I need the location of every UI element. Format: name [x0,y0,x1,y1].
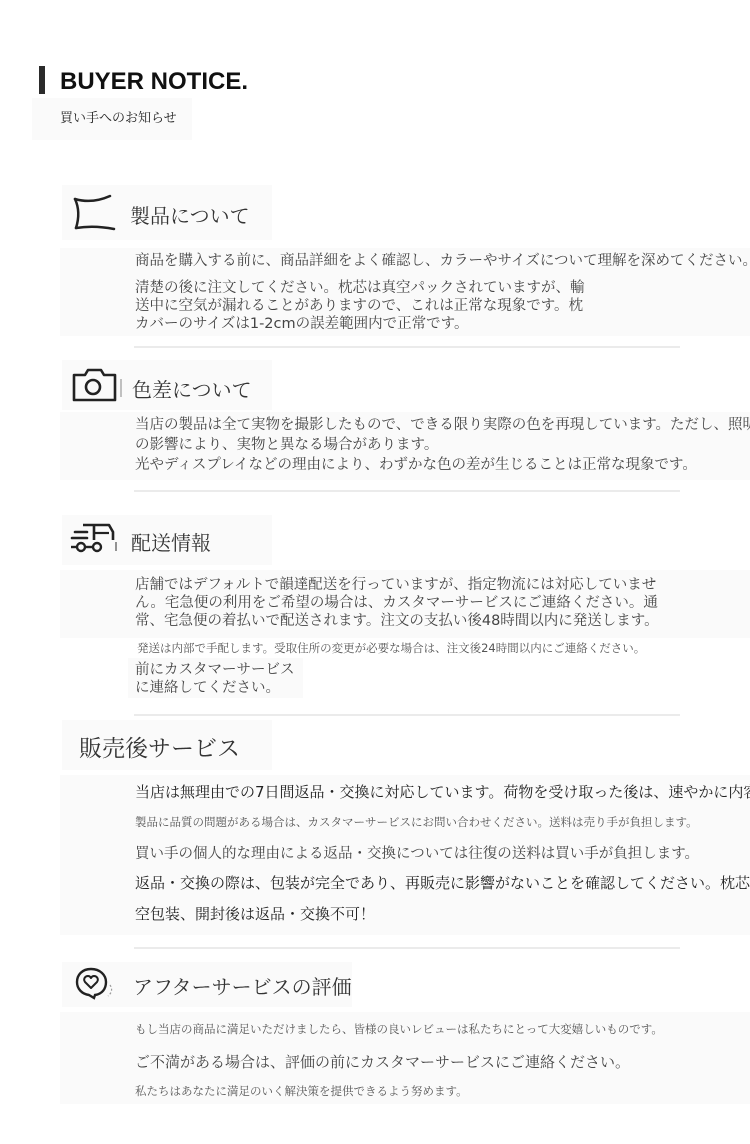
body-text: 買い手の個人的な理由による返品・交換については往復の送料は買い手が負担します。 [135,845,699,863]
body-text: 返品・交換の際は、包装が完全であり、再販売に影響がないことを確認してください。枕… [135,874,750,892]
section-title: 製品について [130,200,250,229]
body-text: に連絡してください。 [135,679,280,697]
section-divider [134,346,680,348]
section-title: 販売後サービス [79,730,240,763]
body-text: カバーのサイズは1-2cmの誤差範囲内で正常です。 [135,315,468,333]
header-accent-bar [39,66,45,94]
section-divider [134,490,680,492]
page-subtitle: 買い手へのお知らせ [60,107,177,126]
body-text: の影響により、実物と異なる場合があります。 [135,436,438,454]
body-text: 当店は無理由での7日間返品・交換に対応しています。荷物を受け取った後は、速やかに… [135,783,750,801]
body-text: ん。宅急便の利用をご希望の場合は、カスタマーサービスにご連絡ください。通 [135,594,658,612]
body-text: 商品を購入する前に、商品詳細をよく確認し、カラーやサイズについて理解を深めてくだ… [135,252,750,270]
delivery-truck-icon [69,520,121,556]
section-title: アフターサービスの評価 [133,971,352,1000]
body-text: 前にカスタマーサービス [135,661,295,679]
camera-icon [71,367,123,403]
body-text: 送中に空気が漏れることがありますので、これは正常な現象です。枕 [135,297,583,315]
page-title: BUYER NOTICE. [60,68,248,96]
body-text-small: 私たちはあなたに満足のいく解決策を提供できるよう努めます。 [135,1083,468,1099]
body-text-small: 製品に品質の問題がある場合は、カスタマーサービスにお問い合わせください。送料は売… [135,814,698,830]
section-divider [134,714,680,716]
body-text: 店舗ではデフォルトで韻達配送を行っていますが、指定物流には対応していませ [135,576,656,594]
heart-chat-icon [74,965,122,1001]
section-title: 色差について [132,374,252,403]
body-text: 光やディスプレイなどの理由により、わずかな色の差が生じることは正常な現象です。 [135,456,697,474]
body-text: 常、宅急便の着払いで配送されます。注文の支払い後48時間以内に発送します。 [135,612,659,630]
body-text: 空包装、開封後は返品・交換不可！ [135,905,375,923]
body-text: 清楚の後に注文してください。枕芯は真空パックされていますが、輸 [135,279,585,297]
body-text-small: もし当店の商品に満足いただけましたら、皆様の良いレビューは私たちにとって大変嬉し… [135,1021,663,1037]
section-divider [134,947,680,949]
body-text: 当店の製品は全て実物を撮影したもので、できる限り実際の色を再現しています。ただし… [135,416,750,434]
pillow-icon [72,192,118,232]
section-title: 配送情報 [131,527,211,556]
body-text: ご不満がある場合は、評価の前にカスタマーサービスにご連絡ください。 [135,1053,630,1071]
body-text-small: 発送は内部で手配します。受取住所の変更が必要な場合は、注文後24時間以内にご連絡… [137,640,645,656]
